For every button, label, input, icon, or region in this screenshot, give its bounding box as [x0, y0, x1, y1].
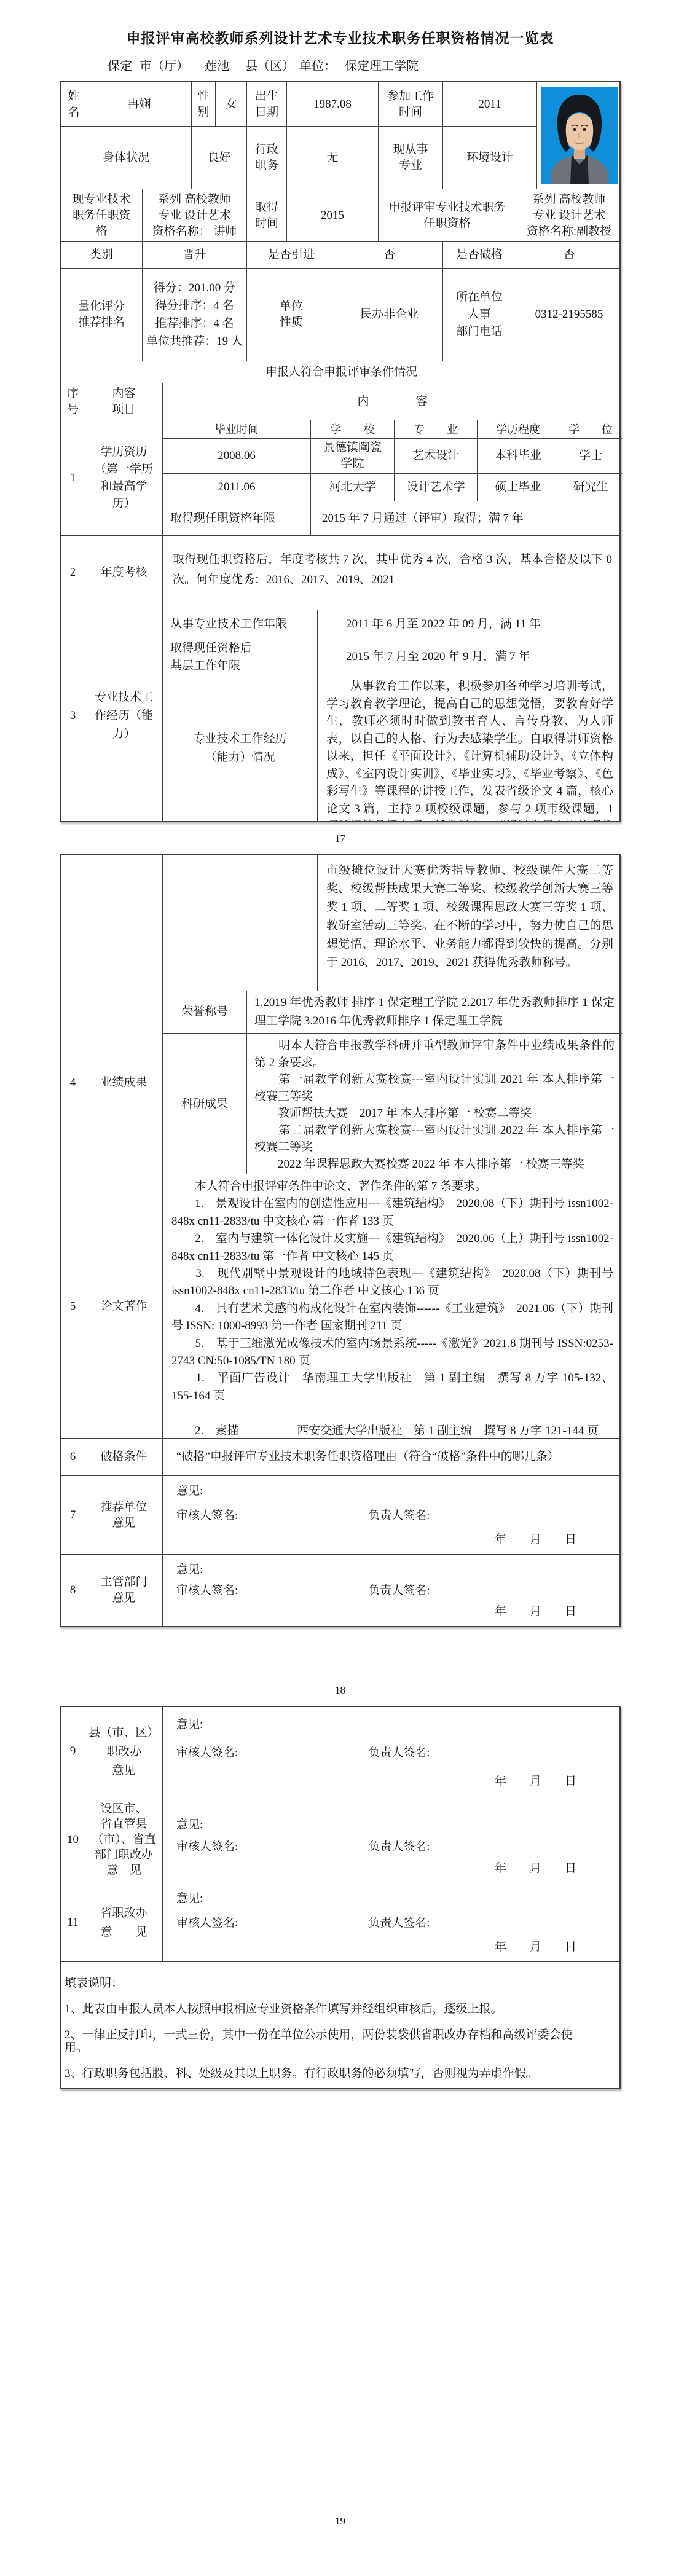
row4-label: 业绩成果: [85, 991, 163, 1174]
edu-h-school: 学 校: [311, 420, 395, 438]
column-header-row: 序 号 内容 项目 内 容: [61, 383, 619, 420]
row3-label: 专业技术工 作经历（能 力）: [85, 610, 163, 821]
admin-label: 行政 职务: [247, 127, 287, 189]
note-item-3: 3、行政职务包括股、科、处级及其以上职务。有行政职务的必须填写，否则视为弄虚作假…: [65, 2067, 617, 2080]
row1-seq: 1: [61, 420, 85, 535]
cur-major-value: 环境设计: [443, 127, 537, 189]
import-label: 是否引进: [247, 242, 336, 268]
work-years-value: 2011 年 6 月至 2022 年 09 月，满 11 年: [318, 610, 622, 638]
quant-value: 得分：201.00 分 得分排序：4 名 推荐排序：4 名 单位共推荐：19 人: [143, 269, 247, 361]
responsible-sign-label: 负责人签名:: [368, 1840, 430, 1853]
edu2-date: 2011.06: [163, 474, 311, 501]
note-item-2: 2、一律正反打印，一式三份，其中一份在单位公示使用，两份装袋供省职改办存档和高级…: [65, 2028, 617, 2054]
edu2-degree: 硕士毕业: [478, 474, 559, 501]
experience-label: 专业技术工作经历 （能力）情况: [163, 675, 318, 821]
row2-seq: 2: [61, 536, 85, 610]
cont-sublabel-empty: [163, 855, 318, 991]
obtain-label: 取得 时间: [247, 189, 287, 241]
cur-title-label: 现专业技术 职务任职资 格: [61, 189, 143, 241]
honor-label: 荣誉称号: [163, 991, 247, 1033]
edu2-major: 设计艺术学: [395, 474, 478, 501]
honor-row: 荣誉称号 1.2019 年优秀教师 排序 1 保定理工学院 2.2017 年优秀…: [163, 991, 622, 1034]
opinion-date-label: 年 月 日: [495, 1861, 576, 1877]
quant-label: 量化评分 推荐排名: [61, 269, 143, 361]
reviewer-sign-label: 审核人签名:: [176, 1746, 238, 1759]
category-value: 晋升: [143, 242, 247, 268]
apply-label: 申报评审专业技术职务 任职资格: [379, 189, 516, 241]
experience-continuation-row: 市级摊位设计大赛优秀指导教师、校级课件大赛二等奖、校级帮扶成果大赛二等奖、校级教…: [61, 855, 619, 991]
row-county-opinion: 9 县（市、区） 职改办 意见 意见: 审核人签名:负责人签名: 年 月 日: [61, 1707, 619, 1796]
form-notes-row: 填表说明： 1、此表由申报人员本人按照申报相应专业资格条件填写并经组织审核后，逐…: [61, 1962, 619, 2088]
opinion-comment-label: 意见:: [163, 1717, 622, 1733]
county-value: 莲池: [191, 60, 243, 74]
edu1-title: 学士: [559, 439, 622, 473]
birth-value: 1987.08: [287, 82, 379, 126]
work-years-row: 从事专业技术工作年限 2011 年 6 月至 2022 年 09 月，满 11 …: [163, 610, 622, 638]
basic-info-table: 姓 名 冉娴 性 别 女 出生 日期 1987.08 参加工作 时间 2011 …: [60, 81, 621, 822]
opinion-sign-line: 审核人签名:负责人签名:: [163, 1583, 622, 1599]
row-dept-opinion: 8 主管部门 意见 意见: 审核人签名:负责人签名: 年 月 日: [61, 1555, 619, 1626]
row-achievements: 4 业绩成果 荣誉称号 1.2019 年优秀教师 排序 1 保定理工学院 2.2…: [61, 991, 619, 1174]
page-number-18: 18: [60, 1684, 621, 1697]
right-eye: [583, 128, 586, 131]
work-years-label: 从事专业技术工作年限: [163, 610, 318, 638]
education-header-row: 毕业时间 学 校 专 业 学历程度 学 位: [163, 420, 622, 439]
cur-title-value: 系列 高校教师 专业 设计艺术 资格名称： 讲师: [143, 189, 247, 241]
hr-phone-value: 0312-2195585: [516, 269, 622, 361]
health-label: 身体状况: [61, 127, 192, 189]
break-value: 否: [516, 242, 622, 268]
city-value: 保定: [103, 60, 137, 74]
title-qualification-row: 现专业技术 职务任职资 格 系列 高校教师 专业 设计艺术 资格名称： 讲师 取…: [61, 189, 619, 242]
applicant-photo: [537, 82, 622, 189]
row5-seq: 5: [61, 1174, 85, 1438]
break-label: 是否破格: [443, 242, 516, 268]
eligibility-title: 申报人符合申报评审条件情况: [61, 361, 622, 383]
page-content: 申报评审高校教师系列设计艺术专业技术职务任职资格情况一览表 保定市（厅）莲池县（…: [60, 27, 621, 2528]
eligibility-header-row: 申报人符合申报评审条件情况: [61, 361, 619, 383]
county-opinion-cell: 意见: 审核人签名:负责人签名: 年 月 日: [163, 1707, 622, 1796]
base-years-row: 取得现任资格后 基层工作年限 2015 年 7 月至 2020 年 9 月，满 …: [163, 638, 622, 675]
research-text: 明本人符合申报教学科研并重型教师评审条件中业绩成果条件的第 2 条要求。 第一届…: [247, 1034, 622, 1174]
row9-label: 县（市、区） 职改办 意见: [85, 1707, 163, 1796]
tenure-row: 取得现任职资格年限 2015 年 7 月通过（评审）取得；满 7 年: [163, 501, 622, 535]
row11-label: 省职改办 意 见: [85, 1883, 163, 1961]
opinion-sign-line: 审核人签名:负责人签名:: [163, 1508, 622, 1524]
opinion-comment-label: 意见:: [163, 1483, 622, 1499]
unit-label: 单位：: [297, 60, 339, 73]
region-line: 保定市（厅）莲池县（区）单位：保定理工学院: [60, 56, 621, 74]
import-value: 否: [336, 242, 443, 268]
qualification-review-form: { "doc": { "title": "申报评审高校教师系列设计艺术专业技术职…: [0, 0, 676, 2576]
recommend-opinion-cell: 意见: 审核人签名:负责人签名: 年 月 日: [163, 1476, 622, 1554]
row3-seq: 3: [61, 610, 85, 821]
row-annual-appraisal: 2 年度考核 取得现任职资格后，年度考核共 7 次，其中优秀 4 次，合格 3 …: [61, 536, 619, 610]
page-title: 申报评审高校教师系列设计艺术专业技术职务任职资格情况一览表: [60, 27, 621, 47]
row-recommend-opinion: 7 推荐单位 意见 意见: 审核人签名:负责人签名: 年 月 日: [61, 1476, 619, 1555]
row-city-opinion: 10 设区市、 省直管县 （市）、省直 部门职改办 意 见 意见: 审核人签名:…: [61, 1796, 619, 1883]
row9-seq: 9: [61, 1707, 85, 1796]
item-header: 内容 项目: [85, 383, 163, 420]
health-value: 良好: [192, 127, 247, 189]
join-label: 参加工作 时间: [379, 82, 443, 126]
opinion-block: 意见: 审核人签名:负责人签名: 年 月 日: [163, 1555, 622, 1626]
experience-detail-row: 专业技术工作经历 （能力）情况 从事教育工作以来，积极参加各种学习培训考试，学习…: [163, 675, 622, 821]
tenure-value: 2015 年 7 月通过（评审）取得；满 7 年: [311, 501, 622, 535]
birth-label: 出生 日期: [247, 82, 287, 126]
row-education: 1 学历资历 （第一学历 和最高学 历） 毕业时间 学 校 专 业 学历程度 学…: [61, 420, 619, 536]
opinion-sign-line: 审核人签名:负责人签名:: [163, 1915, 622, 1931]
left-eye: [573, 128, 576, 131]
row11-seq: 11: [61, 1883, 85, 1961]
education-row-1: 2008.06 景德镇陶瓷 学院 艺术设计 本科毕业 学士: [163, 439, 622, 474]
apply-title: 系列 高校教师 专业 设计艺术 资格名称:副教授: [516, 189, 622, 241]
tenure-label: 取得现任职资格年限: [163, 501, 311, 535]
research-label: 科研成果: [163, 1034, 247, 1174]
form-notes: 填表说明： 1、此表由申报人员本人按照申报相应专业资格条件填写并经组织审核后，逐…: [61, 1962, 622, 2088]
opinion-comment-label: 意见:: [163, 1817, 622, 1833]
base-years-value: 2015 年 7 月至 2020 年 9 月，满 7 年: [318, 638, 622, 675]
reviewer-sign-label: 审核人签名:: [176, 1584, 238, 1597]
research-row: 科研成果 明本人符合申报教学科研并重型教师评审条件中业绩成果条件的第 2 条要求…: [163, 1034, 622, 1174]
face: [564, 113, 595, 150]
base-years-label: 取得现任资格后 基层工作年限: [163, 638, 318, 675]
row1-label: 学历资历 （第一学历 和最高学 历）: [85, 420, 163, 535]
province-opinion-cell: 意见: 审核人签名:负责人签名: 年 月 日: [163, 1883, 622, 1961]
edu1-degree: 本科毕业: [478, 439, 559, 473]
row8-label: 主管部门 意见: [85, 1555, 163, 1626]
responsible-sign-label: 负责人签名:: [368, 1584, 430, 1597]
edu-h-date: 毕业时间: [163, 420, 311, 438]
hr-phone-label: 所在单位 人事 部门电话: [443, 269, 516, 361]
city-opinion-cell: 意见: 审核人签名:负责人签名: 年 月 日: [163, 1796, 622, 1883]
responsible-sign-label: 负责人签名:: [368, 1509, 430, 1522]
opinion-comment-label: 意见:: [163, 1562, 622, 1578]
exception-text: “破格”申报评审专业技术职务任职资格理由（符合“破格”条件中的哪几条）: [163, 1439, 622, 1475]
edu-h-degree: 学历程度: [478, 420, 559, 438]
opinion-block: 意见: 审核人签名:负责人签名: 年 月 日: [163, 1476, 622, 1554]
row5-label: 论文著作: [85, 1174, 163, 1438]
page-number-17: 17: [60, 832, 621, 846]
honor-text: 1.2019 年优秀教师 排序 1 保定理工学院 2.2017 年优秀教师排序 …: [247, 991, 622, 1033]
row-province-opinion: 11 省职改办 意 见 意见: 审核人签名:负责人签名: 年 月 日: [61, 1883, 619, 1962]
row8-seq: 8: [61, 1555, 85, 1626]
page2-table: 市级摊位设计大赛优秀指导教师、校级课件大赛二等奖、校级帮扶成果大赛二等奖、校级教…: [60, 854, 621, 1627]
reviewer-sign-label: 审核人签名:: [176, 1509, 238, 1522]
opinion-block: 意见: 审核人签名:负责人签名: 年 月 日: [163, 1707, 622, 1796]
gender-label: 性 别: [192, 82, 216, 126]
opinion-block: 意见: 审核人签名:负责人签名: 年 月 日: [163, 1796, 622, 1883]
id-photo-graphic: [541, 87, 618, 184]
name-label: 姓 名: [61, 82, 87, 126]
edu-h-title: 学 位: [559, 420, 622, 438]
opinion-date-label: 年 月 日: [495, 1604, 576, 1620]
unit-type-value: 民办非企业: [336, 269, 443, 361]
identity-block: 姓 名 冉娴 性 别 女 出生 日期 1987.08 参加工作 时间 2011 …: [61, 82, 619, 189]
admin-value: 无: [287, 127, 379, 189]
row-exception: 6 破格条件 “破格”申报评审专业技术职务任职资格理由（符合“破格”条件中的哪几…: [61, 1439, 619, 1476]
responsible-sign-label: 负责人签名:: [368, 1746, 430, 1759]
cont-seq-empty: [61, 855, 85, 991]
experience-text-part1: 从事教育工作以来，积极参加各种学习培训考试，学习教育教学理论，提高自己的思想觉悟…: [318, 675, 622, 821]
county-label: 县（区）: [243, 60, 297, 73]
dept-opinion-cell: 意见: 审核人签名:负责人签名: 年 月 日: [163, 1555, 622, 1626]
page-number-19: 19: [60, 2515, 621, 2528]
opinion-block: 意见: 审核人签名:负责人签名: 年 月 日: [163, 1883, 622, 1961]
row10-seq: 10: [61, 1796, 85, 1883]
notes-heading: 填表说明：: [65, 1977, 617, 1990]
score-row: 量化评分 推荐排名 得分：201.00 分 得分排序：4 名 推荐排序：4 名 …: [61, 269, 619, 361]
responsible-sign-label: 负责人签名:: [368, 1917, 430, 1930]
page3-table: 9 县（市、区） 职改办 意见 意见: 审核人签名:负责人签名: 年 月 日 1…: [60, 1706, 621, 2089]
row7-label: 推荐单位 意见: [85, 1476, 163, 1554]
note-item-1: 1、此表由申报人员本人按照申报相应专业资格条件填写并经组织审核后，逐级上报。: [65, 2003, 617, 2016]
annual-appraisal-text: 取得现任职资格后，年度考核共 7 次，其中优秀 4 次，合格 3 次，基本合格及…: [163, 536, 622, 610]
cont-label-empty: [85, 855, 163, 991]
name-value: 冉娴: [87, 82, 192, 126]
edu-h-major: 专 业: [395, 420, 478, 438]
edu2-school: 河北大学: [311, 474, 395, 501]
edu1-school: 景德镇陶瓷 学院: [311, 439, 395, 473]
edu2-title: 研究生: [559, 474, 622, 501]
reviewer-sign-label: 审核人签名:: [176, 1840, 238, 1853]
row6-label: 破格条件: [85, 1439, 163, 1475]
opinion-sign-line: 审核人签名:负责人签名:: [163, 1839, 622, 1855]
row-papers: 5 论文著作 本人符合申报评审条件中论文、著作条件的第 7 条要求。 1. 景观…: [61, 1174, 619, 1439]
experience-text-part2: 市级摊位设计大赛优秀指导教师、校级课件大赛二等奖、校级帮扶成果大赛二等奖、校级教…: [318, 855, 622, 991]
cur-major-label: 现从事 专业: [379, 127, 443, 189]
unit-type-label: 单位 性质: [247, 269, 336, 361]
row7-seq: 7: [61, 1476, 85, 1554]
reviewer-sign-label: 审核人签名:: [176, 1917, 238, 1930]
edu1-date: 2008.06: [163, 439, 311, 473]
content-header: 内 容: [163, 383, 622, 420]
seq-header: 序 号: [61, 383, 85, 420]
row2-label: 年度考核: [85, 536, 163, 610]
papers-text: 本人符合申报评审条件中论文、著作条件的第 7 条要求。 1. 景观设计在室内的创…: [163, 1174, 622, 1438]
opinion-date-label: 年 月 日: [495, 1939, 576, 1955]
row10-label: 设区市、 省直管县 （市）、省直 部门职改办 意 见: [85, 1796, 163, 1883]
row6-seq: 6: [61, 1439, 85, 1475]
obtain-value: 2015: [287, 189, 379, 241]
city-label: 市（厅）: [137, 60, 191, 73]
gender-value: 女: [216, 82, 247, 126]
unit-value: 保定理工学院: [339, 60, 454, 74]
row4-seq: 4: [61, 991, 85, 1174]
edu1-major: 艺术设计: [395, 439, 478, 473]
row-experience: 3 专业技术工 作经历（能 力） 从事专业技术工作年限 2011 年 6 月至 …: [61, 610, 619, 821]
opinion-date-label: 年 月 日: [495, 1773, 576, 1789]
join-value: 2011: [443, 82, 537, 126]
opinion-sign-line: 审核人签名:负责人签名:: [163, 1745, 622, 1761]
category-row: 类别 晋升 是否引进 否 是否破格 否: [61, 242, 619, 269]
category-label: 类别: [61, 242, 143, 268]
opinion-comment-label: 意见:: [163, 1891, 622, 1907]
education-row-2: 2011.06 河北大学 设计艺术学 硕士毕业 研究生: [163, 474, 622, 501]
opinion-date-label: 年 月 日: [495, 1532, 576, 1548]
